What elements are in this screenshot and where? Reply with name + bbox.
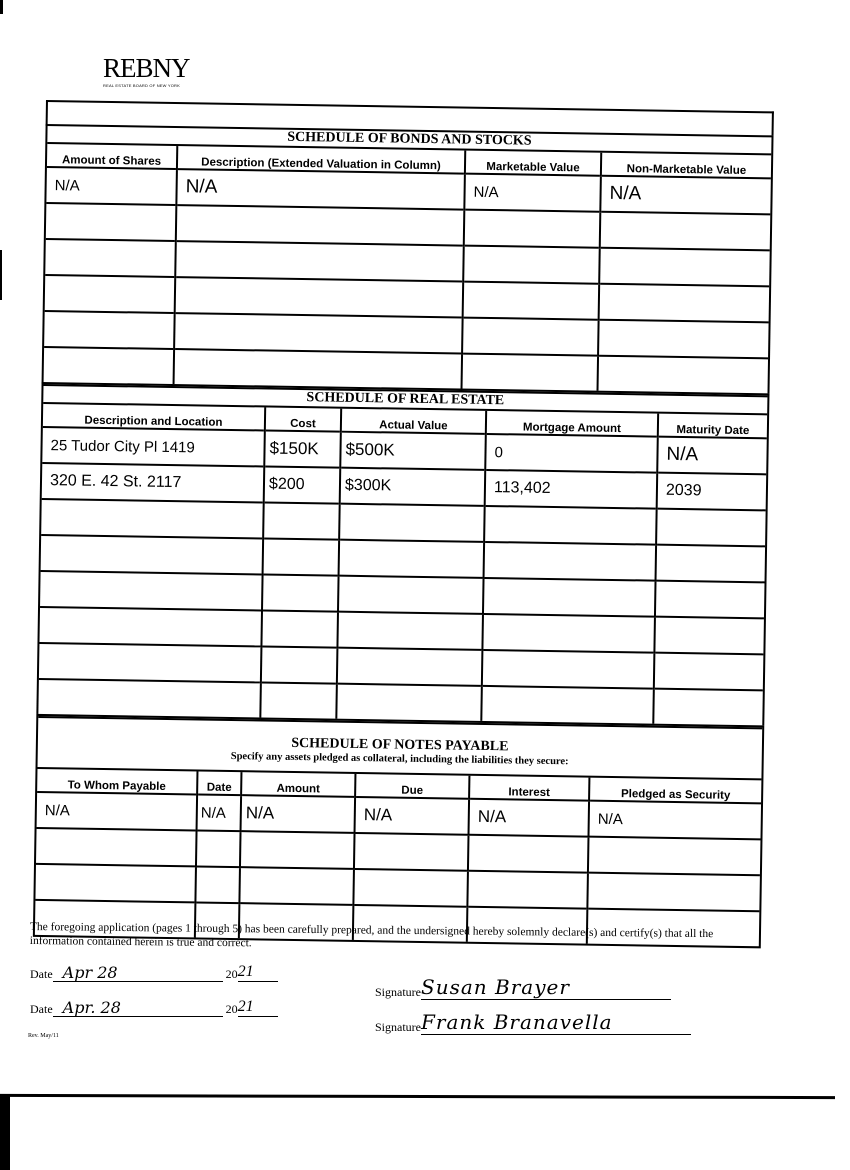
table-cell[interactable]	[482, 650, 655, 689]
table-cell[interactable]	[463, 246, 600, 284]
column-header: Due	[355, 774, 469, 799]
column-header: Date	[197, 771, 241, 795]
table-cell[interactable]: N/A	[176, 169, 465, 210]
column-header: Actual Value	[341, 409, 486, 434]
year-field[interactable]: 21	[238, 998, 278, 1017]
bonds-stocks-section: SCHEDULE OF BONDS AND STOCKS Amount of S…	[42, 124, 774, 393]
table-cell[interactable]	[261, 610, 338, 647]
table-cell[interactable]	[354, 833, 469, 871]
table-cell[interactable]	[40, 571, 263, 610]
column-header: Amount	[241, 772, 355, 797]
table-cell[interactable]	[174, 349, 463, 389]
table-cell[interactable]	[336, 684, 482, 721]
real-estate-section: SCHEDULE OF REAL ESTATE Description and …	[36, 382, 769, 725]
table-cell[interactable]: N/A	[469, 799, 590, 837]
column-header: Marketable Value	[465, 151, 601, 176]
scan-mark	[0, 0, 3, 14]
table-cell[interactable]	[176, 205, 465, 246]
table-cell[interactable]: $500K	[340, 432, 486, 470]
table-cell[interactable]	[482, 614, 655, 653]
table-cell[interactable]	[174, 313, 463, 354]
year-prefix: 20	[226, 967, 238, 981]
table-cell[interactable]	[44, 311, 175, 349]
table-cell[interactable]	[44, 347, 175, 384]
table-cell[interactable]	[600, 212, 771, 251]
table-cell[interactable]	[263, 538, 340, 575]
date-label: Date	[30, 1002, 53, 1016]
column-header: To Whom Payable	[37, 769, 197, 795]
table-cell[interactable]	[655, 581, 765, 619]
real-estate-table: Description and Location Cost Actual Val…	[38, 404, 767, 725]
table-cell[interactable]	[599, 284, 770, 323]
table-cell[interactable]	[484, 542, 657, 581]
table-cell[interactable]	[39, 643, 262, 682]
column-header: Description and Location	[43, 404, 265, 430]
column-header: Interest	[469, 776, 589, 801]
table-cell[interactable]	[175, 241, 464, 282]
table-cell[interactable]	[337, 612, 483, 650]
table-cell[interactable]: N/A	[355, 797, 470, 835]
table-cell[interactable]	[38, 679, 261, 717]
column-header: Non-Marketable Value	[601, 153, 771, 179]
table-cell[interactable]	[599, 248, 770, 287]
table-cell[interactable]	[262, 574, 339, 611]
table-cell[interactable]	[337, 648, 483, 686]
table-cell[interactable]	[468, 835, 589, 873]
table-cell[interactable]	[587, 873, 760, 912]
table-cell[interactable]	[260, 682, 337, 718]
table-cell[interactable]	[41, 499, 264, 538]
table-cell[interactable]	[39, 607, 262, 646]
date-line-2: DateApr. 28 2021	[30, 998, 278, 1017]
table-cell[interactable]	[464, 210, 601, 248]
table-cell[interactable]: 113,402	[485, 470, 658, 509]
date-field[interactable]: Apr. 28	[53, 998, 223, 1017]
scan-mark	[0, 250, 2, 300]
signature-label: Signature	[375, 1020, 421, 1034]
table-cell[interactable]	[35, 864, 196, 903]
table-cell[interactable]: N/A	[37, 792, 198, 831]
column-header: Pledged as Security	[589, 778, 761, 804]
table-cell[interactable]	[656, 545, 766, 583]
table-cell[interactable]	[463, 282, 600, 320]
column-header: Amount of Shares	[47, 144, 177, 169]
column-header: Mortgage Amount	[486, 411, 658, 437]
column-header: Maturity Date	[658, 414, 767, 439]
table-cell[interactable]	[353, 869, 468, 907]
table-cell[interactable]	[36, 828, 197, 867]
rebny-logo: REBNY REAL ESTATE BOARD OF NEW YORK	[103, 55, 190, 88]
logo-text: REBNY	[103, 55, 190, 82]
table-cell[interactable]	[654, 653, 764, 691]
financial-schedules-form: SCHEDULE OF BONDS AND STOCKS Amount of S…	[33, 100, 774, 948]
table-cell[interactable]	[483, 578, 656, 617]
notes-payable-table: To Whom Payable Date Amount Due Interest…	[35, 769, 762, 946]
table-cell[interactable]: N/A	[197, 794, 242, 831]
table-cell[interactable]	[46, 203, 177, 241]
bonds-stocks-table: Amount of Shares Description (Extended V…	[44, 144, 772, 393]
table-cell[interactable]	[588, 837, 761, 876]
table-cell[interactable]	[467, 871, 588, 909]
signature-field[interactable]: Susan Brayer	[421, 975, 671, 1000]
table-cell[interactable]: 320 E. 42 St. 2117	[42, 463, 265, 502]
signature-field[interactable]: Frank Branavella	[421, 1010, 691, 1035]
table-cell[interactable]	[45, 239, 176, 277]
table-cell[interactable]	[462, 354, 599, 391]
table-cell[interactable]	[656, 509, 766, 547]
table-cell[interactable]: $300K	[340, 468, 486, 506]
table-cell[interactable]: 25 Tudor City Pl 1419	[42, 427, 265, 466]
year-prefix: 20	[226, 1002, 238, 1016]
column-header: Cost	[265, 407, 341, 431]
table-cell[interactable]	[653, 689, 763, 726]
date-line-1: DateApr 28 2021	[30, 963, 278, 982]
table-cell[interactable]: 2039	[657, 473, 767, 511]
scan-edge-bar	[0, 1096, 10, 1170]
table-cell[interactable]	[484, 506, 657, 545]
year-field[interactable]: 21	[238, 963, 278, 982]
page-edge-rule	[0, 1094, 835, 1099]
date-field[interactable]: Apr 28	[53, 963, 223, 982]
table-cell[interactable]	[195, 866, 240, 903]
date-label: Date	[30, 967, 53, 981]
table-cell[interactable]: N/A	[46, 167, 177, 205]
table-cell[interactable]	[175, 277, 464, 318]
table-cell[interactable]: N/A	[657, 437, 767, 475]
signature-label: Signature	[375, 985, 421, 999]
table-cell[interactable]: $200	[264, 466, 341, 503]
logo-subtitle: REAL ESTATE BOARD OF NEW YORK	[103, 83, 190, 88]
table-cell[interactable]: N/A	[600, 176, 771, 215]
table-cell[interactable]	[261, 646, 338, 683]
table-cell[interactable]: N/A	[464, 174, 601, 212]
table-cell[interactable]	[462, 318, 599, 356]
signature-line-1: SignatureSusan Brayer	[375, 975, 671, 1000]
table-cell[interactable]	[196, 830, 241, 867]
table-cell[interactable]	[338, 576, 484, 614]
table-cell[interactable]	[598, 356, 769, 394]
table-cell[interactable]	[339, 540, 485, 578]
revision-label: Rev. May/11	[28, 1033, 59, 1039]
table-cell[interactable]: 0	[485, 434, 658, 473]
table-cell[interactable]	[45, 275, 176, 313]
table-cell[interactable]	[481, 686, 654, 724]
table-cell[interactable]: $150K	[264, 430, 341, 467]
table-cell[interactable]: N/A	[588, 801, 761, 840]
table-cell[interactable]	[239, 867, 354, 905]
table-cell[interactable]	[598, 320, 769, 359]
table-cell[interactable]	[240, 831, 355, 869]
table-cell[interactable]: N/A	[241, 795, 356, 833]
table-cell[interactable]	[339, 504, 485, 542]
table-cell[interactable]	[41, 535, 264, 574]
table-cell[interactable]	[654, 617, 764, 655]
notes-payable-section: SCHEDULE OF NOTES PAYABLE Specify any as…	[33, 714, 764, 948]
table-cell[interactable]	[263, 502, 340, 539]
signature-line-2: SignatureFrank Branavella	[375, 1010, 691, 1035]
